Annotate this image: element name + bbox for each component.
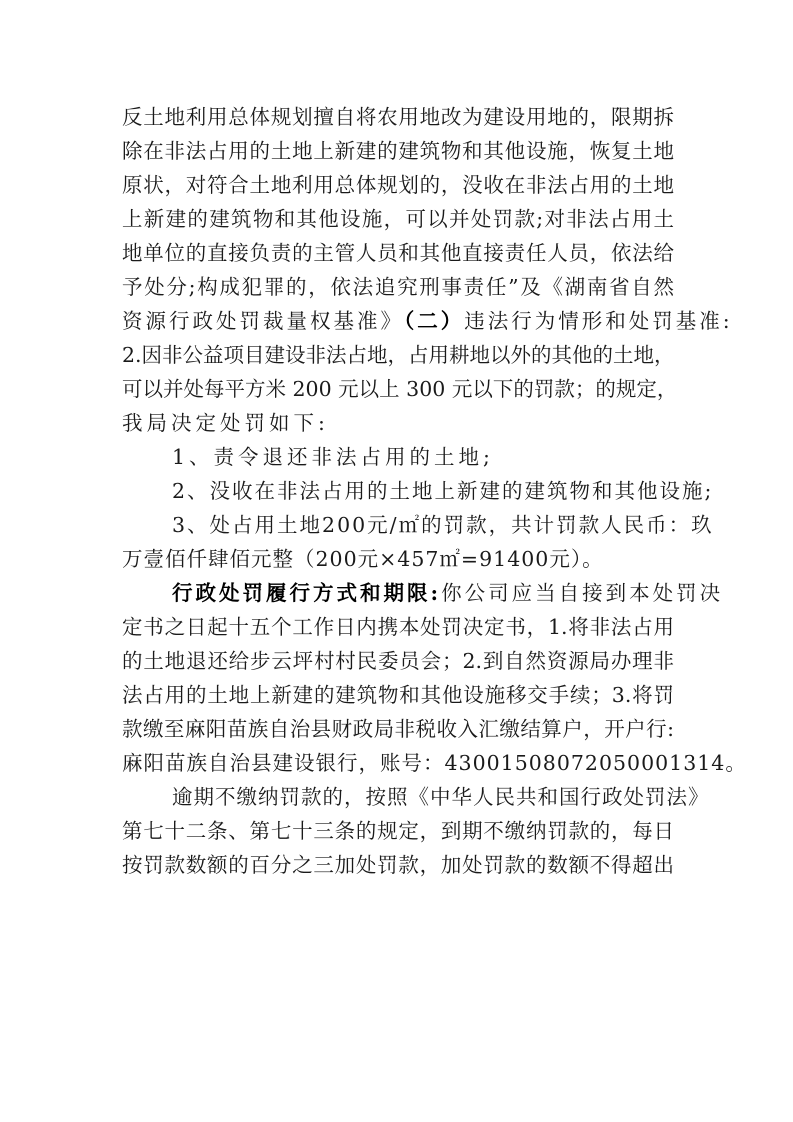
- text-line: 资源行政处罚裁量权基准》（二）违法行为情形和处罚基准:: [122, 304, 674, 338]
- text-line: 2.因非公益项目建设非法占地，占用耕地以外的其他的土地，: [122, 338, 674, 372]
- regulation-section: 违法行为情形和处罚基准:: [464, 309, 732, 333]
- text-line: 的土地退还给步云坪村村民委员会；2.到自然资源局办理非: [122, 644, 674, 678]
- text-line: 第七十二条、第七十三条的规定，到期不缴纳罚款的，每日: [122, 814, 674, 848]
- text-line: 我局决定处罚如下:: [122, 406, 674, 440]
- penalty-item-2: 2、没收在非法占用的土地上新建的建筑物和其他设施;: [122, 474, 674, 508]
- penalty-total-line: 万壹佰仟肆佰元整（200元×457㎡=91400元）。: [122, 542, 674, 576]
- regulation-title: 资源行政处罚裁量权基准》: [122, 309, 404, 333]
- text-line: 地单位的直接负责的主管人员和其他直接责任人员，依法给: [122, 236, 674, 270]
- text-line: 可以并处每平方米 200 元以上 300 元以下的罚款；的规定，: [122, 372, 674, 406]
- text-line: 除在非法占用的土地上新建的建筑物和其他设施，恢复土地: [122, 134, 674, 168]
- performance-heading: 行政处罚履行方式和期限:: [172, 581, 441, 605]
- text-line: 逾期不缴纳罚款的，按照《中华人民共和国行政处罚法》: [122, 780, 674, 814]
- penalty-item-1: 1、责令退还非法占用的土地;: [122, 440, 674, 474]
- text-line: 法占用的土地上新建的建筑物和其他设施移交手续；3.将罚: [122, 678, 674, 712]
- text-line: 上新建的建筑物和其他设施，可以并处罚款;对非法占用土: [122, 202, 674, 236]
- text-line: 款缴至麻阳苗族自治县财政局非税收入汇缴结算户，开户行:: [122, 712, 674, 746]
- text-line: 按罚款数额的百分之三加处罚款，加处罚款的数额不得超出: [122, 848, 674, 882]
- text-line: 定书之日起十五个工作日内携本处罚决定书，1.将非法占用: [122, 610, 674, 644]
- penalty-item-3: 3、处占用土地200元/㎡的罚款，共计罚款人民币：玖: [122, 508, 674, 542]
- document-page: 反土地利用总体规划擅自将农用地改为建设用地的，限期拆 除在非法占用的土地上新建的…: [122, 100, 674, 882]
- performance-heading-line: 行政处罚履行方式和期限:你公司应当自接到本处罚决: [122, 576, 674, 610]
- bank-account-line: 麻阳苗族自治县建设银行，账号：43001508072050001314。: [122, 746, 674, 780]
- text-line: 予处分;构成犯罪的，依法追究刑事责任”及《湖南省自然: [122, 270, 674, 304]
- section-marker: （二）: [404, 309, 464, 333]
- text-line: 原状，对符合土地利用总体规划的，没收在非法占用的土地: [122, 168, 674, 202]
- text-line: 反土地利用总体规划擅自将农用地改为建设用地的，限期拆: [122, 100, 674, 134]
